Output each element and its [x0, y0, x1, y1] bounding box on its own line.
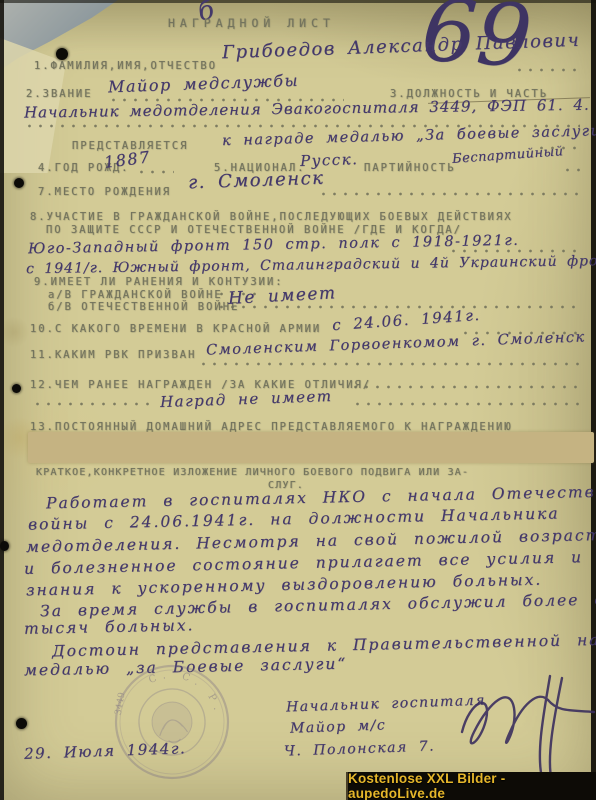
- field-birth-place-label: 7.МЕСТО РОЖДЕНИЯ: [38, 186, 171, 198]
- punch-hole: [14, 178, 24, 188]
- field-rank-value: Майор медслужбы: [108, 71, 300, 97]
- stamp-number: 3449: [114, 691, 128, 716]
- field-wounds-civil-label: а/В ГРАЖДАНСКОЙ ВОЙНЕ: [48, 289, 223, 301]
- dotted-leader: [36, 402, 154, 406]
- summary-line: тысяч больных.: [24, 616, 195, 638]
- dotted-leader: [566, 168, 588, 172]
- field-wounds-label: 9.ИМЕЕТ ЛИ РАНЕНИЯ И КОНТУЗИИ:: [34, 276, 284, 288]
- field-army-since-value: с 24.06. 1941г.: [332, 306, 482, 334]
- field-service-value-line2: с 1941/г. Южный фронт, Сталинградский и …: [26, 253, 596, 277]
- document-title: НАГРАДНОЙ ЛИСТ: [168, 16, 335, 30]
- field-service-label-line1: 8.УЧАСТИЕ В ГРАЖДАНСКОЙ ВОЙНЕ,ПОСЛЕДУЮЩИ…: [30, 211, 513, 223]
- punch-hole: [56, 48, 68, 60]
- punch-hole: [0, 541, 9, 551]
- dotted-leader: [202, 362, 584, 366]
- field-party-label: ПАРТИЙНОСТЬ: [364, 162, 456, 174]
- signature-title-line2: Майор м/с: [290, 717, 387, 736]
- scan-edge-left: [0, 0, 4, 800]
- field-name-label: 1.ФАМИЛИЯ,ИМЯ,ОТЧЕСТВО: [34, 60, 217, 72]
- field-drafted-label: 11.КАКИМ РВК ПРИЗВАН: [30, 349, 196, 361]
- field-service-value-line1: Юго-Западный фронт 150 стр. полк с 1918-…: [28, 233, 520, 258]
- watermark-text: Kostenlose XXL Bilder - aupedoLive.de: [348, 771, 596, 800]
- field-party-value: Беспартийный: [452, 144, 564, 167]
- dotted-leader: [354, 385, 582, 389]
- field-nationality-value: Русск.: [300, 150, 359, 170]
- field-army-since-label: 10.С КАКОГО ВРЕМЕНИ В КРАСНОЙ АРМИИ: [30, 323, 321, 335]
- field-birth-year-value: 1887: [103, 147, 152, 172]
- field-rank-label: 2.ЗВАНИЕ: [26, 88, 93, 100]
- dotted-leader: [356, 402, 582, 406]
- punch-hole: [16, 718, 27, 729]
- field-birth-place-value: г. Смоленск: [188, 168, 325, 194]
- field-wounds-patriotic-label: б/В ОТЕЧЕСТВЕННОЙ ВОЙНЕ: [48, 301, 239, 313]
- dotted-leader: [322, 192, 582, 196]
- dotted-leader: [140, 170, 174, 174]
- dotted-leader: [452, 249, 582, 253]
- censored-address-block: [28, 432, 594, 463]
- signature-title-line3: Ч. Полонская 7.: [284, 738, 436, 759]
- scanned-award-sheet: б НАГРАДНОЙ ЛИСТ 69 1.ФАМИЛИЯ,ИМЯ,ОТЧЕСТ…: [0, 0, 596, 800]
- punch-hole: [12, 384, 21, 393]
- round-seal-stamp: С. С. Р. 3449: [99, 648, 244, 797]
- watermark-bar: Kostenlose XXL Bilder - aupedoLive.de: [346, 772, 596, 800]
- summary-heading-line1: КРАТКОЕ,КОНКРЕТНОЕ ИЗЛОЖЕНИЕ ЛИЧНОГО БОЕ…: [36, 467, 469, 478]
- dotted-leader: [518, 68, 582, 72]
